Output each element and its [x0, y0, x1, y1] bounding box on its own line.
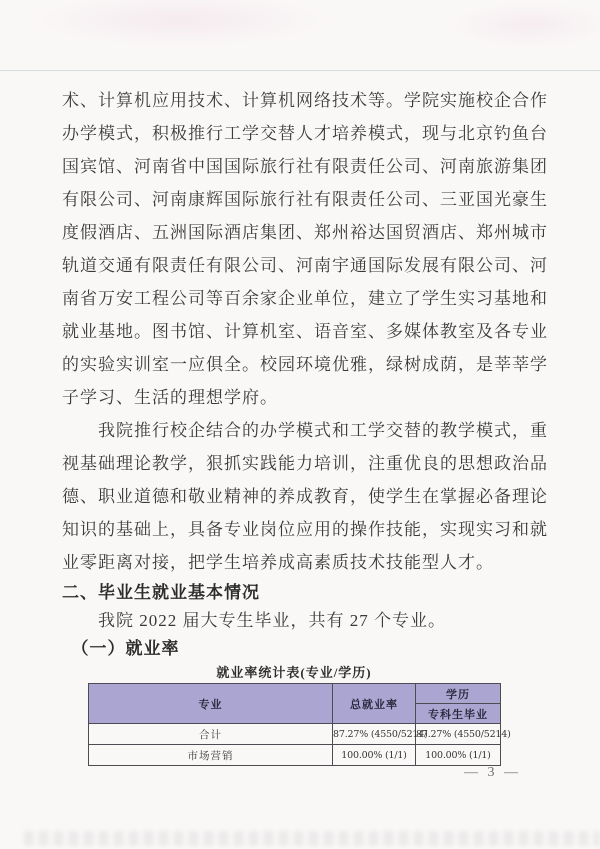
cell-major: 市场营销	[89, 745, 333, 766]
column-header-degree-sub: 专科生毕业	[416, 704, 501, 724]
employment-rate-table: 专业 总就业率 学历 专科生毕业 合计 87.27% (4550/5214) 8…	[88, 683, 501, 766]
employment-rate-table-block: 就业率统计表(专业/学历) 专业 总就业率 学历 专科生毕业 合计 87.27%…	[62, 657, 540, 766]
cell-major: 合计	[89, 724, 333, 745]
table-row-total: 合计 87.27% (4550/5214) 87.27% (4550/5214)	[89, 724, 501, 745]
section-heading-employment-overview: 二、毕业生就业基本情况	[62, 579, 540, 607]
text-line: 就业基地。图书馆、计算机室、语音室、多媒体教室及各专业	[62, 315, 540, 348]
paragraph-campus-cooperation: 术、计算机应用技术、计算机网络技术等。学院实施校企合作 办学模式，积极推行工学交…	[62, 84, 540, 414]
text-line: 术、计算机应用技术、计算机网络技术等。学院实施校企合作	[62, 84, 540, 117]
column-header-major: 专业	[89, 684, 333, 724]
document-page: 术、计算机应用技术、计算机网络技术等。学院实施校企合作 办学模式，积极推行工学交…	[0, 0, 600, 849]
scan-smudge	[0, 0, 600, 60]
text-line: 我院推行校企结合的办学模式和工学交替的教学模式，重	[62, 414, 540, 447]
text-line: 子学习、生活的理想学府。	[62, 381, 540, 414]
page-content: 术、计算机应用技术、计算机网络技术等。学院实施校企合作 办学模式，积极推行工学交…	[62, 84, 540, 663]
text-line: 轨道交通有限责任有限公司、河南宇通国际发展有限公司、河	[62, 249, 540, 282]
page-bleed-through	[24, 831, 600, 846]
cell-college-rate: 100.00% (1/1)	[416, 745, 501, 766]
page-number: — 3 —	[464, 765, 521, 781]
text-line: 知识的基础上，具备专业岗位应用的操作技能，实现实习和就	[62, 513, 540, 546]
column-header-total-rate: 总就业率	[333, 684, 416, 724]
text-line: 有限公司、河南康辉国际旅行社有限责任公司、三亚国光豪生	[62, 183, 540, 216]
table-title: 就业率统计表(专业/学历)	[88, 662, 500, 681]
cell-college-rate: 87.27% (4550/5214)	[416, 724, 501, 745]
text-line: 的实验实训室一应俱全。校园环境优雅，绿树成荫，是莘莘学	[62, 348, 540, 381]
paragraph-teaching-mode: 我院推行校企结合的办学模式和工学交替的教学模式，重 视基础理论教学，狠抓实践能力…	[62, 414, 540, 579]
column-header-degree-group: 学历	[416, 684, 501, 704]
cell-total-rate: 100.00% (1/1)	[333, 745, 416, 766]
section-intro-text: 我院 2022 届大专生毕业，共有 27 个专业。	[62, 607, 540, 635]
scan-artifact-line	[0, 70, 600, 71]
text-line: 度假酒店、五洲国际酒店集团、郑州裕达国贸酒店、郑州城市	[62, 216, 540, 249]
text-line: 南省万安工程公司等百余家企业单位，建立了学生实习基地和	[62, 282, 540, 315]
cell-total-rate: 87.27% (4550/5214)	[333, 724, 416, 745]
text-line: 业零距离对接，把学生培养成高素质技术技能型人才。	[62, 546, 540, 579]
table-row-marketing: 市场营销 100.00% (1/1) 100.00% (1/1)	[89, 745, 501, 766]
text-line: 办学模式，积极推行工学交替人才培养模式，现与北京钓鱼台	[62, 117, 540, 150]
text-line: 德、职业道德和敬业精神的养成教育，使学生在掌握必备理论	[62, 480, 540, 513]
text-line: 视基础理论教学，狠抓实践能力培训，注重优良的思想政治品	[62, 447, 540, 480]
text-line: 国宾馆、河南省中国国际旅行社有限责任公司、河南旅游集团	[62, 150, 540, 183]
